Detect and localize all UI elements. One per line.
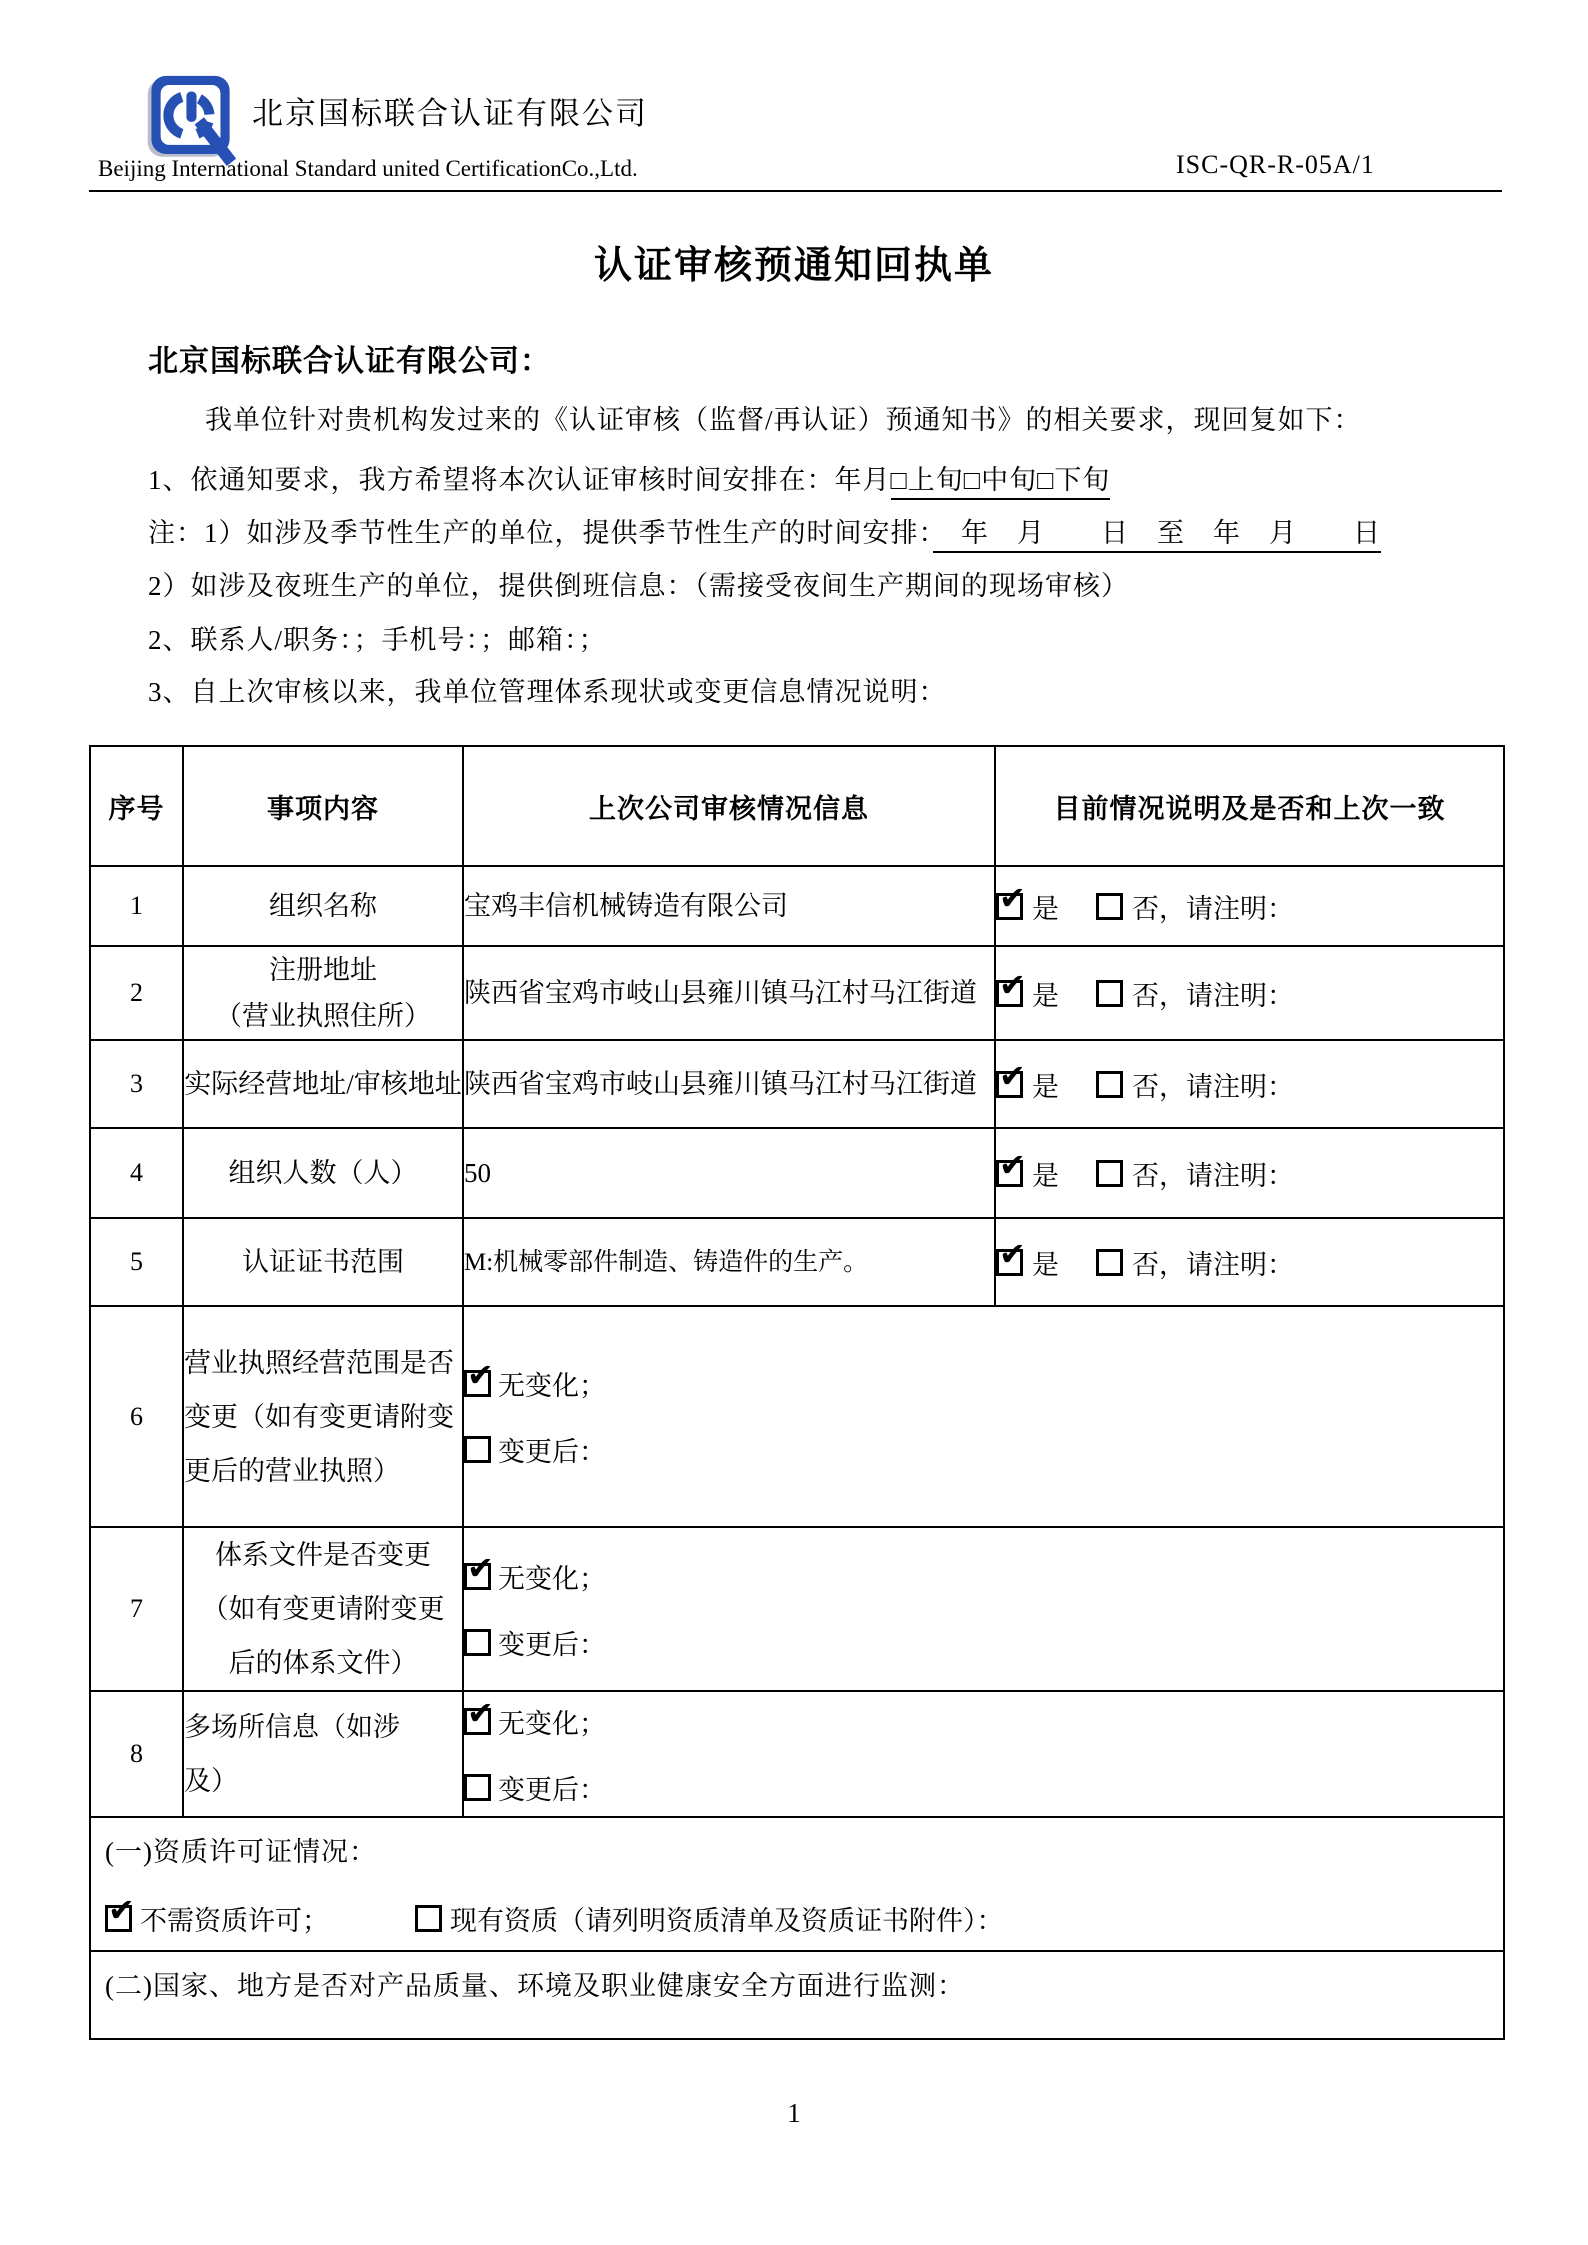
table-row: 7 体系文件是否变更 （如有变更请附变更 后的体系文件） ✔ 无变化； 变更后： — [90, 1527, 1504, 1691]
check-icon: ✔ — [999, 1238, 1026, 1270]
item-label: 认证证书范围 — [183, 1218, 463, 1306]
last-audit-info: 陕西省宝鸡市岐山县雍川镇马江村马江街道 — [463, 946, 995, 1040]
changed-checkbox[interactable] — [464, 1436, 491, 1463]
item-label: 体系文件是否变更 （如有变更请附变更 后的体系文件） — [183, 1527, 463, 1691]
last-audit-info: 陕西省宝鸡市岐山县雍川镇马江村马江街道 — [463, 1040, 995, 1128]
no-checkbox[interactable] — [1096, 1160, 1123, 1187]
table-row: 6 营业执照经营范围是否变更（如有变更请附变更后的营业执照） ✔ 无变化； 变更… — [90, 1306, 1504, 1527]
night-shift-note-line: 2）如涉及夜班生产的单位，提供倒班信息：（需接受夜间生产期间的现场审核） — [148, 564, 1488, 603]
col-header-last-audit: 上次公司审核情况信息 — [463, 746, 995, 866]
no-change-checkbox-checked[interactable]: ✔ — [464, 1708, 491, 1735]
document-page: 北京国标联合认证有限公司 Beijing International Stand… — [0, 0, 1588, 2245]
qualification-section-row: (一)资质许可证情况： ✔ 不需资质许可； 现有资质（请列明资质清单及资质证书附… — [90, 1817, 1504, 1951]
table-row: 1 组织名称 宝鸡丰信机械铸造有限公司 ✔ 是 否，请注明： — [90, 866, 1504, 946]
row-number: 4 — [90, 1128, 183, 1218]
salutation: 北京国标联合认证有限公司： — [148, 336, 551, 380]
changed-label: 变更后： — [498, 1430, 606, 1469]
yes-checkbox-checked[interactable]: ✔ — [996, 980, 1023, 1007]
no-label: 否，请注明： — [1132, 1243, 1294, 1282]
no-change-label: 无变化； — [498, 1702, 606, 1741]
schedule-line: 1、依通知要求，我方希望将本次认证审核时间安排在：年月□上旬□中旬□下旬 — [148, 458, 1488, 497]
no-change-label: 无变化； — [498, 1557, 606, 1596]
row-number: 3 — [90, 1040, 183, 1128]
no-change-label: 无变化； — [498, 1364, 606, 1403]
seasonal-note-line: 注：1）如涉及季节性生产的单位，提供季节性生产的时间安排： 年 月 日 至 年 … — [148, 511, 1488, 550]
change-status-line: 3、自上次审核以来，我单位管理体系现状或变更信息情况说明： — [148, 670, 1488, 709]
row-number: 8 — [90, 1691, 183, 1817]
check-icon: ✔ — [999, 1149, 1026, 1181]
item-label: 组织名称 — [183, 866, 463, 946]
current-status-cell: ✔ 是 否，请注明： — [995, 1218, 1504, 1306]
no-checkbox[interactable] — [1096, 980, 1123, 1007]
qualification-section-title: (一)资质许可证情况： — [105, 1830, 1489, 1869]
item-label: 营业执照经营范围是否变更（如有变更请附变更后的营业执照） — [183, 1306, 463, 1527]
row-number: 6 — [90, 1306, 183, 1527]
qualification-section-cell: (一)资质许可证情况： ✔ 不需资质许可； 现有资质（请列明资质清单及资质证书附… — [90, 1817, 1504, 1951]
check-icon: ✔ — [467, 1552, 494, 1584]
yes-label: 是 — [1032, 887, 1059, 926]
seasonal-note-text: 注：1）如涉及季节性生产的单位，提供季节性生产的时间安排： — [148, 518, 933, 548]
change-status-cell: ✔ 无变化； 变更后： — [463, 1306, 1504, 1527]
item-label: 多场所信息（如涉 及） — [183, 1691, 463, 1817]
table-row: 5 认证证书范围 M:机械零部件制造、铸造件的生产。 ✔ 是 否，请注明： — [90, 1218, 1504, 1306]
no-change-checkbox-checked[interactable]: ✔ — [464, 1370, 491, 1397]
company-name-en: Beijing International Standard united Ce… — [98, 156, 638, 182]
changed-label: 变更后： — [498, 1623, 606, 1662]
yes-checkbox-checked[interactable]: ✔ — [996, 893, 1023, 920]
row-number: 2 — [90, 946, 183, 1040]
monitoring-section-row: (二)国家、地方是否对产品质量、环境及职业健康安全方面进行监测： — [90, 1951, 1504, 2039]
monitoring-section-title: (二)国家、地方是否对产品质量、环境及职业健康安全方面进行监测： — [105, 1964, 1489, 2003]
company-logo-icon — [146, 74, 236, 166]
check-icon: ✔ — [467, 1697, 494, 1729]
audit-info-table: 序号 事项内容 上次公司审核情况信息 目前情况说明及是否和上次一致 1 组织名称… — [89, 745, 1505, 2040]
table-row: 3 实际经营地址/审核地址 陕西省宝鸡市岐山县雍川镇马江村马江街道 ✔ 是 否，… — [90, 1040, 1504, 1128]
intro-paragraph: 我单位针对贵机构发过来的《认证审核（监督/再认证）预通知书》的相关要求，现回复如… — [148, 398, 1488, 437]
item-label: 实际经营地址/审核地址 — [183, 1040, 463, 1128]
last-audit-info: 50 — [463, 1128, 995, 1218]
no-qualification-label: 不需资质许可； — [140, 1899, 329, 1938]
yes-label: 是 — [1032, 1154, 1059, 1193]
change-status-cell: ✔ 无变化； 变更后： — [463, 1527, 1504, 1691]
no-label: 否，请注明： — [1132, 974, 1294, 1013]
current-status-cell: ✔ 是 否，请注明： — [995, 1128, 1504, 1218]
no-label: 否，请注明： — [1132, 887, 1294, 926]
no-checkbox[interactable] — [1096, 893, 1123, 920]
col-header-current-status: 目前情况说明及是否和上次一致 — [995, 746, 1504, 866]
check-icon: ✔ — [108, 1894, 135, 1926]
company-name-cn: 北京国标联合认证有限公司 — [252, 88, 648, 133]
last-audit-info: 宝鸡丰信机械铸造有限公司 — [463, 866, 995, 946]
check-icon: ✔ — [999, 1060, 1026, 1092]
contact-line: 2、联系人/职务：；手机号：；邮箱：； — [148, 618, 1488, 657]
table-row: 4 组织人数（人） 50 ✔ 是 否，请注明： — [90, 1128, 1504, 1218]
table-row: 2 注册地址 （营业执照住所） 陕西省宝鸡市岐山县雍川镇马江村马江街道 ✔ 是 … — [90, 946, 1504, 1040]
header-divider — [89, 190, 1502, 192]
no-label: 否，请注明： — [1132, 1154, 1294, 1193]
no-label: 否，请注明： — [1132, 1065, 1294, 1104]
check-icon: ✔ — [999, 969, 1026, 1001]
item-label: 组织人数（人） — [183, 1128, 463, 1218]
table-row: 8 多场所信息（如涉 及） ✔ 无变化； 变更后： — [90, 1691, 1504, 1817]
has-qualification-checkbox[interactable] — [415, 1905, 442, 1932]
has-qualification-label: 现有资质（请列明资质清单及资质证书附件）： — [450, 1899, 1004, 1938]
row-number: 5 — [90, 1218, 183, 1306]
check-icon: ✔ — [467, 1359, 494, 1391]
row-number: 7 — [90, 1527, 183, 1691]
no-change-checkbox-checked[interactable]: ✔ — [464, 1563, 491, 1590]
no-checkbox[interactable] — [1096, 1249, 1123, 1276]
yes-checkbox-checked[interactable]: ✔ — [996, 1071, 1023, 1098]
yes-label: 是 — [1032, 1243, 1059, 1282]
schedule-line-text: 1、依通知要求，我方希望将本次认证审核时间安排在：年月 — [148, 465, 891, 495]
current-status-cell: ✔ 是 否，请注明： — [995, 946, 1504, 1040]
changed-checkbox[interactable] — [464, 1629, 491, 1656]
col-header-item: 事项内容 — [183, 746, 463, 866]
check-icon: ✔ — [999, 882, 1026, 914]
seasonal-date-blank-field[interactable]: 年 月 日 至 年 月 日 — [933, 518, 1381, 553]
document-code: ISC-QR-R-05A/1 — [1176, 150, 1375, 180]
yes-label: 是 — [1032, 974, 1059, 1013]
page-number: 1 — [0, 2098, 1588, 2129]
last-audit-info: M:机械零部件制造、铸造件的生产。 — [463, 1218, 995, 1306]
no-checkbox[interactable] — [1096, 1071, 1123, 1098]
changed-label: 变更后： — [498, 1768, 606, 1807]
row-number: 1 — [90, 866, 183, 946]
yes-label: 是 — [1032, 1065, 1059, 1104]
monitoring-section-cell: (二)国家、地方是否对产品质量、环境及职业健康安全方面进行监测： — [90, 1951, 1504, 2039]
yes-checkbox-checked[interactable]: ✔ — [996, 1160, 1023, 1187]
no-qualification-checkbox-checked[interactable]: ✔ — [105, 1905, 132, 1932]
schedule-blank-field[interactable]: □上旬□中旬□下旬 — [891, 465, 1111, 500]
table-header-row: 序号 事项内容 上次公司审核情况信息 目前情况说明及是否和上次一致 — [90, 746, 1504, 866]
item-label: 注册地址 （营业执照住所） — [183, 946, 463, 1040]
change-status-cell: ✔ 无变化； 变更后： — [463, 1691, 1504, 1817]
yes-checkbox-checked[interactable]: ✔ — [996, 1249, 1023, 1276]
changed-checkbox[interactable] — [464, 1774, 491, 1801]
document-title: 认证审核预通知回执单 — [0, 234, 1588, 289]
current-status-cell: ✔ 是 否，请注明： — [995, 1040, 1504, 1128]
current-status-cell: ✔ 是 否，请注明： — [995, 866, 1504, 946]
col-header-index: 序号 — [90, 746, 183, 866]
